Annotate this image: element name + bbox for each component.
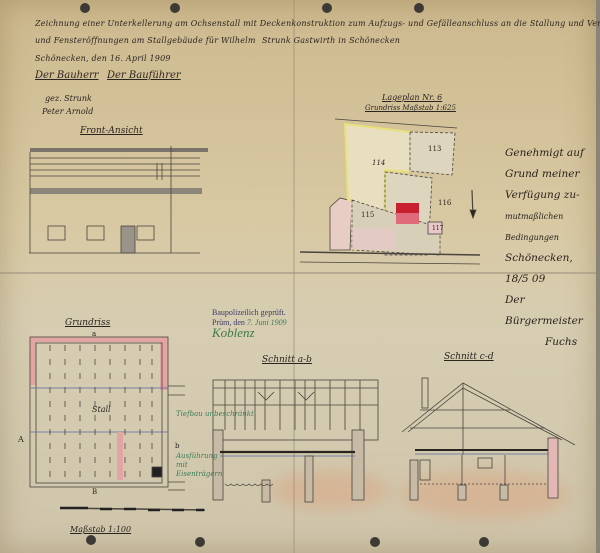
svg-text:b: b: [175, 442, 180, 450]
site-plan: 114 113 115 116 117: [300, 119, 480, 264]
svg-text:115: 115: [361, 211, 374, 219]
section-cd: [402, 378, 575, 500]
svg-text:116: 116: [438, 199, 452, 207]
green-note-2: Ausführung mit Eisenträgern: [176, 452, 216, 479]
drawing-sheet: Zeichnung einer Unterkellerung am Ochsen…: [0, 0, 596, 553]
stamp-signature: Koblenz: [212, 328, 287, 338]
approval-line: Schönecken, 18/5 09: [505, 248, 596, 290]
floor-plan: Stall A B a b: [17, 330, 205, 510]
svg-text:a: a: [92, 330, 96, 338]
section-ab: [213, 380, 378, 502]
approval-line: Grund meiner: [505, 164, 596, 185]
approval-line: Genehmigt auf: [505, 143, 596, 164]
mayor-approval: Genehmigt auf Grund meiner Verfügung zu-…: [505, 143, 596, 353]
svg-text:113: 113: [428, 145, 441, 153]
approval-line: Verfügung zu-: [505, 185, 596, 206]
svg-text:B: B: [92, 488, 97, 496]
stamp-line-1: Baupolizeilich geprüft.: [212, 308, 287, 318]
approval-line: Der Bürgermeister: [505, 290, 596, 332]
svg-text:114: 114: [372, 159, 385, 167]
svg-text:117: 117: [432, 225, 444, 232]
police-approval-stamp: Baupolizeilich geprüft. Prüm, den 7. Jun…: [212, 308, 287, 338]
approval-line: mutmaßlichen Bedingungen: [505, 206, 596, 248]
green-note-1: Tiefbau unbeschränkt: [176, 410, 254, 419]
approval-signature: Fuchs: [505, 332, 596, 353]
front-elevation: [29, 146, 208, 253]
svg-text:Stall: Stall: [92, 405, 111, 414]
svg-text:A: A: [17, 435, 24, 444]
